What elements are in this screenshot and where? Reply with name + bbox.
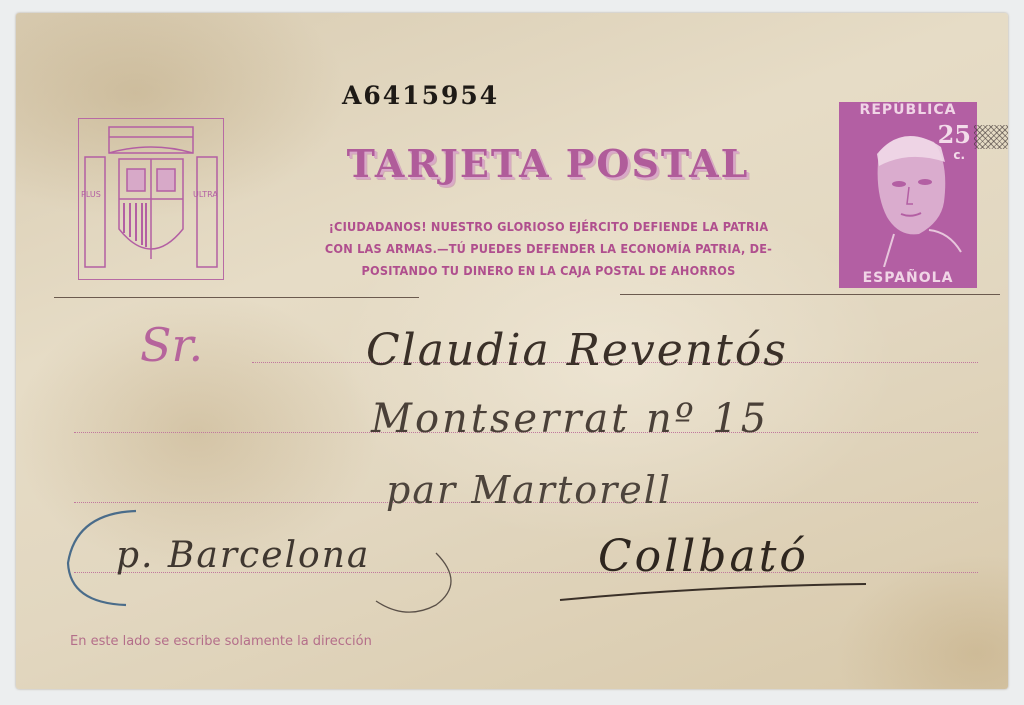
footer-note: En este lado se escribe solamente la dir… [70, 634, 372, 649]
stamp-value: 25 [938, 120, 971, 149]
postage-stamp: REPÚBLICA 25 c. ESPAÑOLA [839, 102, 977, 288]
underline-stroke [556, 578, 876, 608]
postcard: A6415954 TARJETA POSTAL ¡CIUDADANOS! NUE… [16, 13, 1008, 689]
slogan: ¡CIUDADANOS! NUESTRO GLORIOSO EJÉRCITO D… [271, 216, 826, 282]
cancellation-mark [974, 125, 1008, 149]
slogan-line: POSITANDO TU DINERO EN LA CAJA POSTAL DE… [271, 260, 826, 282]
address-label: Sr. [140, 318, 203, 372]
recipient-street: Montserrat nº 15 [371, 396, 769, 442]
slogan-line: ¡CIUDADANOS! NUESTRO GLORIOSO EJÉRCITO D… [271, 216, 826, 238]
card-title: TARJETA POSTAL [328, 141, 768, 186]
slogan-line: CON LAS ARMAS.—TÚ PUEDES DEFENDER LA ECO… [271, 238, 826, 260]
motto-left: PLUS [81, 190, 101, 199]
serial-number: A6415954 [342, 81, 499, 110]
divider [620, 294, 1000, 295]
recipient-town: Collbató [598, 531, 809, 582]
stamp-bottom-text: ESPAÑOLA [839, 270, 977, 286]
stamp-top-text: REPÚBLICA [839, 102, 977, 118]
pencil-marks [56, 493, 496, 633]
divider [54, 297, 419, 298]
coat-of-arms-icon: PLUS ULTRA [78, 118, 224, 280]
motto-right: ULTRA [193, 190, 218, 199]
recipient-name: Claudia Reventós [366, 325, 788, 376]
stamp-unit: c. [953, 148, 965, 162]
